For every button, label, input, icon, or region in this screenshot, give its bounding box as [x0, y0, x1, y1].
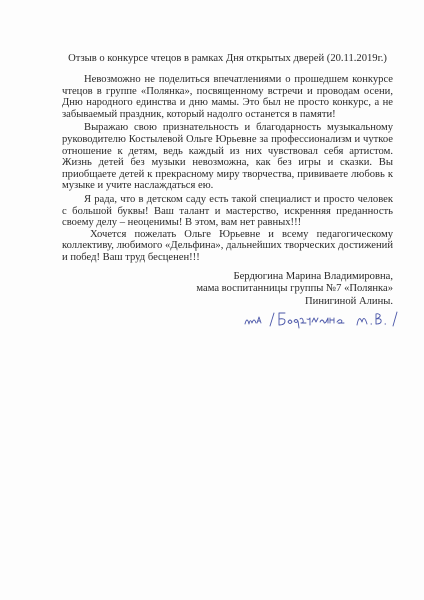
letter-body: Невозможно не поделиться впечатлениями о…	[62, 74, 393, 264]
signer-name: Бердюгина Марина Владимировна,	[150, 271, 393, 283]
signer-role: мама воспитанницы группы №7 «Полянка»	[150, 283, 393, 295]
child-name: Пинигиной Алины.	[150, 296, 393, 308]
letter-title: Отзыв о конкурсе чтецов в рамках Дня отк…	[62, 52, 393, 65]
paragraph-wishes: Хочется пожелать Ольге Юрьевне и всему п…	[62, 229, 393, 264]
handwritten-signature: /Бердюгина М.В./	[243, 308, 413, 330]
paragraph-impressions: Невозможно не поделиться впечатлениями о…	[62, 74, 393, 120]
signature-block: Бердюгина Марина Владимировна, мама восп…	[150, 271, 393, 308]
scanned-letter-page: Отзыв о конкурсе чтецов в рамках Дня отк…	[0, 0, 424, 600]
paragraph-praise: Я рада, что в детском саду есть такой сп…	[62, 194, 393, 229]
paragraph-gratitude: Выражаю свою признательность и благодарн…	[62, 122, 393, 192]
